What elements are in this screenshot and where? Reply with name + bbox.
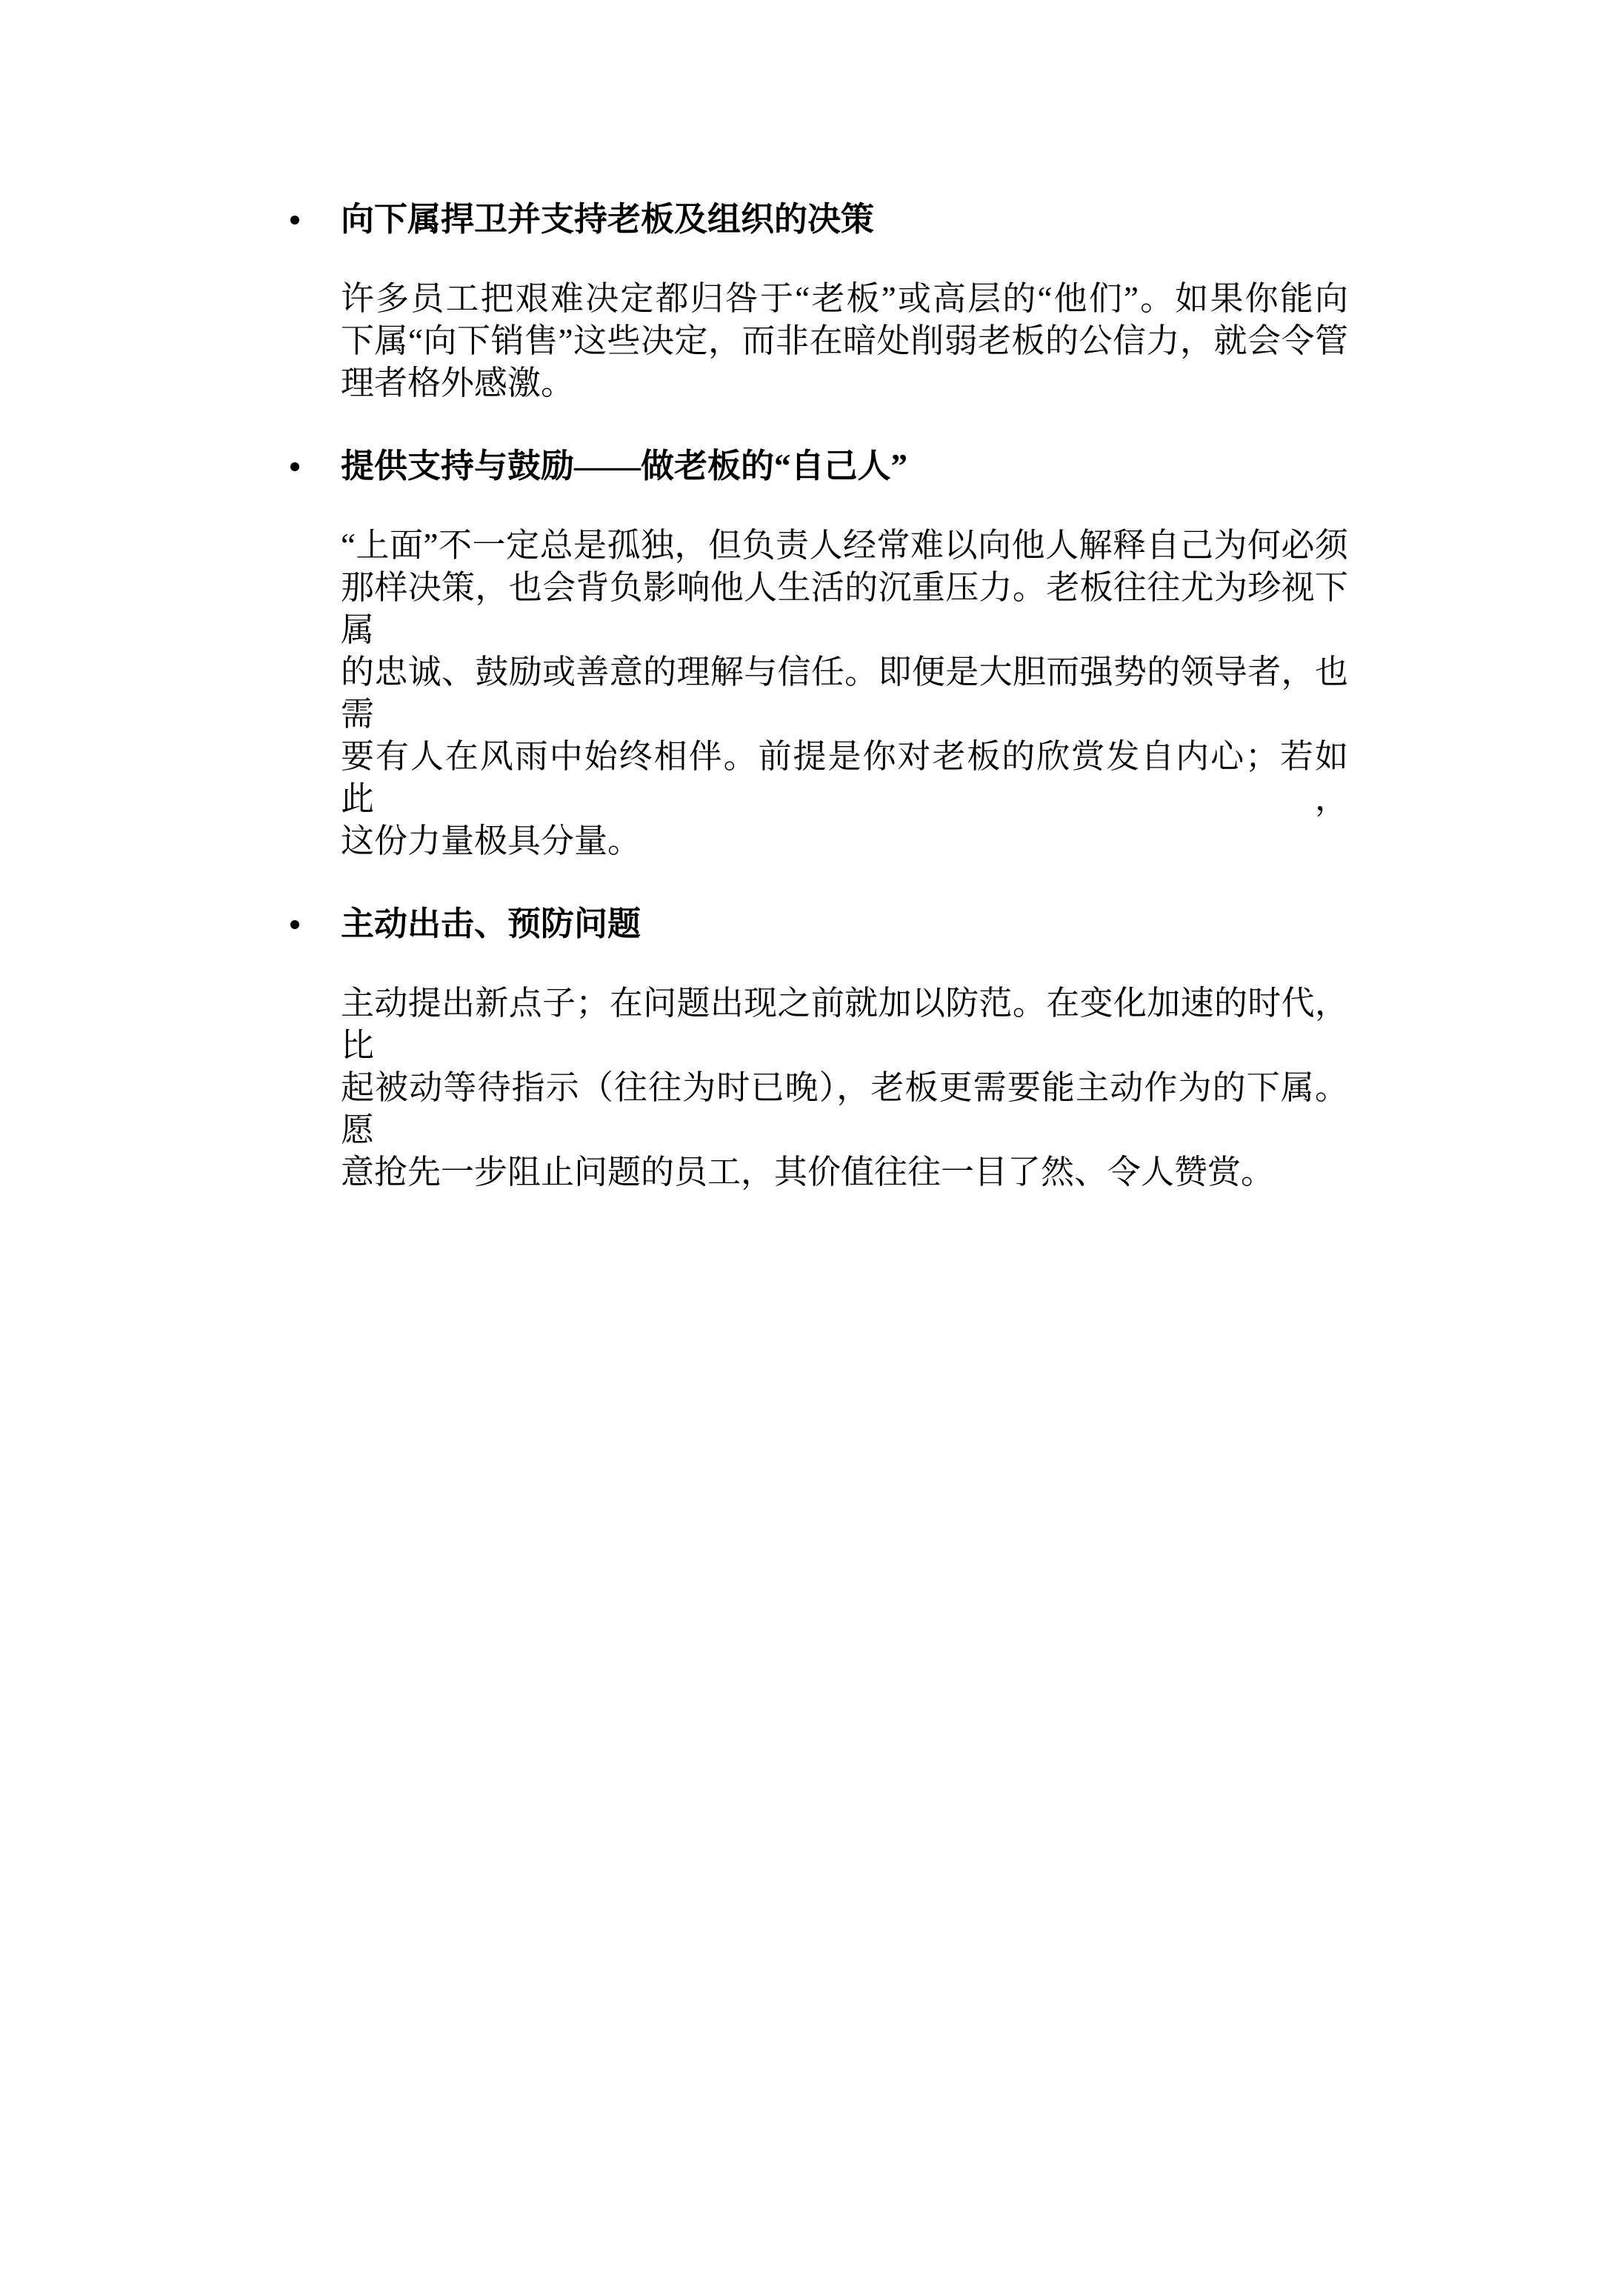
item-heading: 向下属捍卫并支持老板及组织的决策 <box>341 199 1348 241</box>
paragraph-line: “上面”不一定总是孤独，但负责人经常难以向他人解释自己为何必须 <box>341 525 1348 567</box>
bullet-icon <box>290 920 299 929</box>
bullet-icon <box>290 216 299 224</box>
item-paragraph: 主动提出新点子；在问题出现之前就加以防范。在变化加速的时代，比起被动等待指示（往… <box>341 982 1348 1194</box>
heading-row: 主动出击、预防问题 <box>341 903 1348 945</box>
paragraph-line: 的忠诚、鼓励或善意的理解与信任。即便是大胆而强势的领导者，也需 <box>341 651 1348 736</box>
paragraph-line: 这份力量极具分量。 <box>341 820 1348 862</box>
list-item: 主动出击、预防问题 主动提出新点子；在问题出现之前就加以防范。在变化加速的时代，… <box>341 903 1348 1194</box>
heading-row: 提供支持与鼓励——做老板的“自己人” <box>341 445 1348 488</box>
list-item: 向下属捍卫并支持老板及组织的决策 许多员工把艰难决定都归咎于“老板”或高层的“他… <box>341 199 1348 405</box>
paragraph-line: 要有人在风雨中始终相伴。前提是你对老板的欣赏发自内心；若如此， <box>341 736 1348 820</box>
bullet-list: 向下属捍卫并支持老板及组织的决策 许多员工把艰难决定都归咎于“老板”或高层的“他… <box>341 199 1348 1234</box>
paragraph-line: 理者格外感激。 <box>341 362 1348 405</box>
document-page: 向下属捍卫并支持老板及组织的决策 许多员工把艰难决定都归咎于“老板”或高层的“他… <box>0 0 1623 2296</box>
item-heading: 主动出击、预防问题 <box>341 903 1348 945</box>
item-heading: 提供支持与鼓励——做老板的“自己人” <box>341 445 1348 488</box>
paragraph-line: 意抢先一步阻止问题的员工，其价值往往一目了然、令人赞赏。 <box>341 1151 1348 1194</box>
paragraph-line: 许多员工把艰难决定都归咎于“老板”或高层的“他们”。如果你能向 <box>341 278 1348 320</box>
list-item: 提供支持与鼓励——做老板的“自己人” “上面”不一定总是孤独，但负责人经常难以向… <box>341 445 1348 862</box>
item-paragraph: 许多员工把艰难决定都归咎于“老板”或高层的“他们”。如果你能向下属“向下销售”这… <box>341 278 1348 405</box>
item-paragraph: “上面”不一定总是孤独，但负责人经常难以向他人解释自己为何必须那样决策，也会背负… <box>341 525 1348 862</box>
heading-row: 向下属捍卫并支持老板及组织的决策 <box>341 199 1348 241</box>
paragraph-line: 主动提出新点子；在问题出现之前就加以防范。在变化加速的时代，比 <box>341 982 1348 1067</box>
paragraph-line: 起被动等待指示（往往为时已晚），老板更需要能主动作为的下属。愿 <box>341 1067 1348 1151</box>
paragraph-line: 那样决策，也会背负影响他人生活的沉重压力。老板往往尤为珍视下属 <box>341 567 1348 651</box>
paragraph-line: 下属“向下销售”这些决定，而非在暗处削弱老板的公信力，就会令管 <box>341 320 1348 362</box>
bullet-icon <box>290 462 299 471</box>
